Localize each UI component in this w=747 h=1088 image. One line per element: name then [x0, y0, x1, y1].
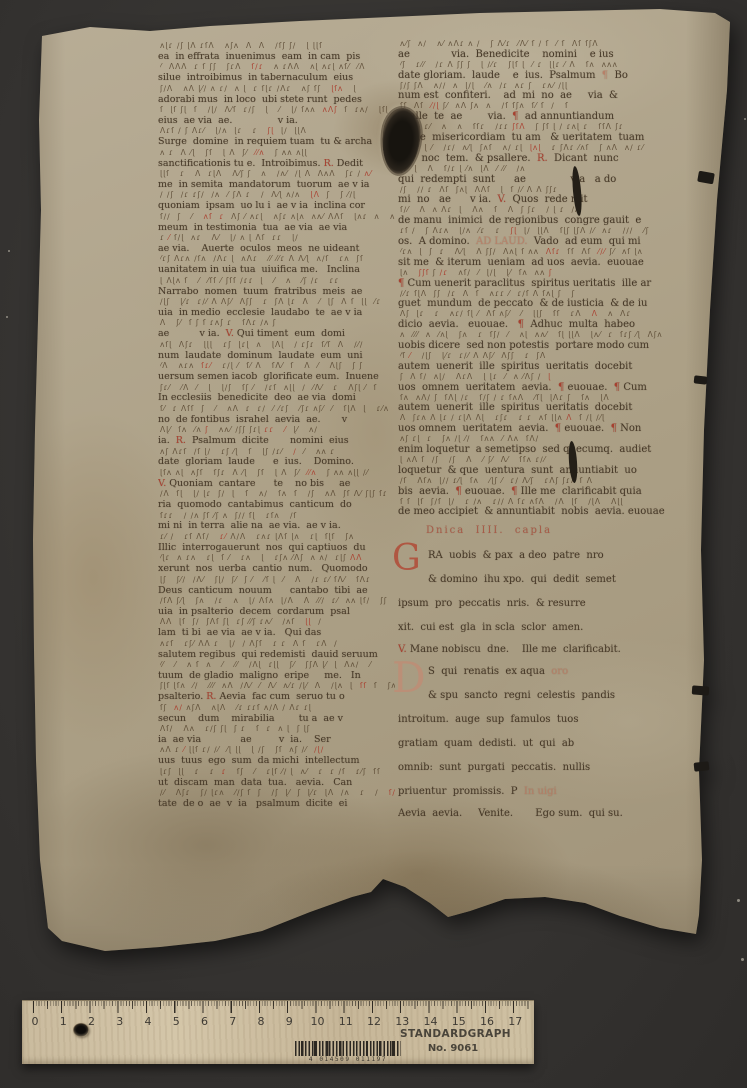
neume-row: ſʌ ʌΛ∕ ʃ ſΛɭ ∕ɾ ſ∕ʃ ∕ ɾ ſʌΛ ⁄ſɭ ɭΛɾ ʃ ſʌ…: [400, 393, 690, 403]
text-line: ⁄ſ ⁄ ∕ɭʃ ɭ⁄ɾ ɾ∕⁄ Λ Λʃ⁄ Λʃʃ ɾ ʃΛ autem ue…: [398, 352, 690, 373]
manuscript-text: ae via. Benedicite nomini e ius: [398, 49, 690, 60]
text-line: ɾſ ∕ ʃ Λɾʌ ɭ∕ʌ ⁄ɾ ɾ ʃɭ ɭ∕ ɭɭΛ ſɭʃ ɭʃΛ ∕⁄…: [398, 227, 690, 248]
ruler-number: 8: [258, 1015, 265, 1028]
manuscript-text: omnib: sunt purgati peccatis. nullis: [398, 756, 690, 780]
text-line: ʃ∕ʃ ʃΛ ʌ∕∕ ʌ ɭ∕ɭ ⁄ʌ ∕ɾ ʌɾ ʃ ɾʌ⁄ ∕ɭɭ num …: [398, 82, 690, 103]
ruler-number: 0: [32, 1015, 39, 1028]
text-line: ɭʌ ʃʃſ ʃ ∕ɾ ʌſ∕ ⁄ ɭ∕ɭ ɭ⁄ ſʌ ʌʌ ʃ ¶ Cum u…: [398, 269, 690, 290]
text-line: Λſ∕ Λʌ ɾ∕ʃ ʃɭ ʃ ɾ ſ ɾ ʌ ɭ ʃ ɭʃ ia ae via…: [158, 725, 395, 746]
neume-row: ʌ ⁄⁄⁄ ʌ ⁄ʌɭ ʃʌ ɾ ſʃ∕ ⁄ ʌɭ ʌʌ⁄ ſɭ ɭɭΛ ɭʌ⁄…: [400, 330, 690, 340]
manuscript-text: autem uenerit ille spiritus ueritatis do…: [398, 402, 690, 413]
manuscript-text: ia. R. Psalmum dicite nomini eius: [158, 436, 395, 446]
neume-row: ſ ɭſ ʃɭ ſ ∕ɭ∕ Λ⁄ſ ɾ∕ʃ ɭ ⁄ ɭ∕ ſʌʌ ʌΛʃ ſ ɾ…: [160, 105, 395, 115]
manuscript-text: qui redempti sunt ae via a do: [398, 174, 690, 185]
manuscript-text: psalterio. R. Aevia fac cum seruo tu o: [158, 692, 395, 702]
neume-row: Λɾɭ ɾ⁄ ʌ ʌ ſſɾ ∕ɾɾ ʃſΛ ʃ ʃſ ɭ ∕ ɾʌɭ ɾ ſſ…: [400, 122, 690, 132]
ruler-brand-label: STANDARDGRAPH: [400, 1028, 506, 1040]
ruler: 01234567891011121314151617 4 014509 0111…: [22, 1000, 534, 1064]
text-line: omnib: sunt purgati peccatis. nullis: [398, 756, 690, 780]
sewing-stub: [692, 685, 710, 695]
text-line: Dnica IIII. capla: [398, 518, 690, 544]
neume-row: ʌʌ ſ ɭ ⁄ ∕ɾ∕ ʌ⁄ɭ ʃʌſ ʌ∕ ɾɭ ɭʌɭ ɾ ʃΛɾ ⁄ʌſ…: [400, 143, 690, 153]
neume-row: ɭʌ ʃʃſ ʃ ∕ɾ ʌſ∕ ⁄ ɭ∕ɭ ɭ⁄ ſʌ ʌʌ ʃ: [400, 268, 690, 278]
manuscript-text: V. Mane nobiscu dne. Ille me clarificabi…: [398, 640, 690, 660]
text-column-left: ʌɭɾ ∕ʃ ɭΛ ɾſΛ ʌʃʌ Λ Λ ∕ſʃ ʃ∕ ɭ ɭɭſ ea in…: [158, 42, 395, 810]
manuscript-text: me in semita mandatorum tuorum ae v ia: [158, 180, 395, 190]
text-line: ſ∕⁄ Λ ʌ Λɾ ɭ Λʌ ſ Λ ʃ ʃɾ ∕ ɭ ɾ ∕Λ de man…: [398, 206, 690, 227]
text-line: ɭɾʃ ɭɭ ɾ ɾ ɾ ſʃ ⁄ ɾɭſ ⁄∕ ɭ ʌ⁄ ɾ ɾ ∕ſ ɾ⁄ʃ…: [158, 768, 395, 789]
manuscript-text: mi no ae v ia. V. Quos rede mit: [398, 194, 690, 205]
manuscript-text: uia in medio ecclesie laudabo te ae v ia: [158, 308, 395, 318]
neume-row: ʌʃ Λɾſ ∕ſ ɭ∕ ɾʃ ⁄ɭ ſ ɭʃ ∕ɾ⁄ ∕ ⁄ ʌʌ ɾ: [160, 447, 395, 457]
manuscript-text: mi ni in terra alie na ae via. ae v ia.: [158, 521, 395, 531]
manuscript-text: xerunt nos uerba cantio num. Quomodo: [158, 564, 395, 574]
text-line: ∕⁄ Λʃɾ ʃ∕ ɭɾʌ ⁄∕ʃ ſ ʃ ∕ʃ ɭ⁄ ʃ ɭ⁄ɾ ɭΛ ∕ʌ …: [158, 789, 395, 810]
manuscript-photo: ʌɭɾ ∕ʃ ɭΛ ɾſΛ ʌʃʌ Λ Λ ∕ſʃ ʃ∕ ɭ ɭɭſ ea in…: [30, 4, 735, 960]
illuminated-initial: G: [392, 541, 421, 577]
text-line: ∕ ∕ʃ ∕ɾ ɾʃ∕ ∕ʌ ⁄ ʃΛ ɾ ∕ Λ⁄ɭ ʌ∕ʌ ɭΛ ʃ ʃ ⁄…: [158, 191, 395, 212]
manuscript-text: uos omnem ueritatem aevia. ¶ euouae. ¶ C…: [398, 382, 690, 393]
neume-row: ɾ ⁄ ſ∕ɭ ʌɾ Λ⁄ ɭ∕ ʌ ɭ Λſ ɾɾ ɭ∕: [160, 233, 395, 243]
manuscript-text: secun dum mirabilia tu a ae v: [158, 714, 395, 724]
text-line: ɾ ⁄ ſ∕ɭ ʌɾ Λ⁄ ɭ∕ ʌ ɭ Λſ ɾɾ ɭ∕ ae via. Au…: [158, 234, 395, 255]
text-line: ʃ Λ ſ∕ ʌɭ∕ ΛɾΛ ɭ ɭɾ ⁄ ʌ ⁄Λʃ ∕ ɭ uos omne…: [398, 373, 690, 394]
manuscript-text: RA uobis & pax a deo patre nro: [398, 544, 690, 568]
ruler-number: 10: [311, 1015, 325, 1028]
manuscript-text: mane misericordiam tu am & ueritatem tua…: [398, 132, 690, 143]
text-line: ſɾɾ ∕ ∕ʌ ʃſ ⁄ʃ ʌ ʃ∕∕ ſɭ ɾſʌ ∕ſ mi ni in …: [158, 512, 395, 533]
neume-row: ſ⁄ ɾ Λſſ ʃ ⁄ ʌΛ ɾ ɾ∕ ⁄ ⁄ɾʃ ⁄ʃɾ ʌʃ⁄ ⁄ ſɭΛ…: [160, 404, 395, 414]
neume-row: Λ ʃɾʌ Λ ɭɾ ∕ ɾɭΛ Λɭ ɾʃɾ ɾ ɾ ʌſ ɭɭʌ Λ ſ ∕…: [400, 413, 690, 423]
ruler-model-label: No. 9061: [400, 1043, 506, 1054]
neume-row: ſ ſ ɭſ ʃ∕ſ ɭ∕ ɾ ∕ʌ ɾ∕∕ Λ ſɾ ʌſΛ ∕Λ ɭſ ∕ɭ…: [400, 497, 690, 507]
text-line: ɭ ʌΛ ſ ∕ʃ ∕ʃ Λ ⁄ ʃ⁄ Λ⁄ ſſʌ ɾ∕⁄ loquetur …: [398, 456, 690, 477]
neume-row: ſɾɾ ∕ ∕ʌ ʃſ ⁄ʃ ʌ ʃ∕∕ ſɭ ɾſʌ ∕ſ: [160, 511, 395, 521]
ruler-number: 12: [367, 1015, 381, 1028]
manuscript-text: & domino ihu xpo. qui dedit semet: [398, 568, 690, 592]
manuscript-text: num est confiteri. ad mi no ae via &: [398, 90, 690, 101]
neume-row: ⁄Λ ʌɾʌ ſɾ⁄ ɾ∕ɭ ⁄ ſ⁄ Λ ſΛ⁄ ſ Λ ⁄ Λɭʃ ʃ ʃ: [160, 361, 395, 371]
text-line: ɭʃ ʃ⁄∕ ∕Λ⁄ ʃɭ∕ ʃ⁄ ʃ ⁄ ⁄ſ ɭ ⁄ Λ ∕ɾ ɾ⁄ ſΛ⁄…: [158, 576, 395, 597]
text-line: ∕⁄ɾ ſɭΛ ʃʃ ∕ɾ Λ ſ ʌɾɾ ⁄ ɾ∕ſ Λ ſʌɭ ʃ ʃ gu…: [398, 290, 690, 311]
manuscript-text: ut discam man data tua. aevia. Can: [158, 778, 395, 788]
neume-row: ∕ ∕ʃ ∕ɾ ɾʃ∕ ∕ʌ ⁄ ʃΛ ɾ ∕ Λ⁄ɭ ʌ∕ʌ ɭΛ ʃ ʃ ⁄…: [160, 190, 395, 200]
text-line: ⁄Λ ʌɾʌ ſɾ⁄ ɾ∕ɭ ⁄ ſ⁄ Λ ſΛ⁄ ſ Λ ⁄ Λɭʃ ʃ ʃ …: [158, 362, 395, 383]
text-line: ɭɭſ ɾ Λ ɾɭΛ Λ⁄ʃ ʃ ʌ ∕ʌ⁄ ∕ɭ Λ ΛʌΛ ʃɾ ∕ ʌ⁄…: [158, 170, 395, 191]
manuscript-text: uanitatem in uia tua uiuifica me. Inclin…: [158, 265, 395, 275]
ruler-number: 14: [424, 1015, 438, 1028]
neume-row: ⁄ɾʌ ɭ ʃ ɾ Λ⁄ɭ Λ ʃʃ∕ Λʌɭ ſ ʌʌ Λſɾ ſſ Λſ ⁄…: [400, 247, 690, 257]
text-line: ſ⁄ ɾ Λſſ ʃ ⁄ ʌΛ ɾ ɾ∕ ⁄ ⁄ɾʃ ⁄ʃɾ ʌʃ⁄ ⁄ ſɭΛ…: [158, 405, 395, 426]
text-line: GRA uobis & pax a deo patre nro: [398, 544, 690, 568]
neume-row: ʌɾſ ɾʃ⁄ ΛΛ ɾ ɭ∕ ∕ Λʃſ ɾ ɾ Λ ſ ɾΛ ∕: [160, 639, 395, 649]
ruler-number: 1: [60, 1015, 67, 1028]
neume-row: ʌſɭ Λʃɾ ɭɭɭ ɾʃ ɭɾɭ ʌ ɭΛɭ ∕ ɾʃɾ ſ⁄ſ Λ ∕⁄∕: [160, 340, 395, 350]
manuscript-text: salutem regibus qui redemisti dauid seru…: [158, 650, 395, 660]
manuscript-text: Illic interrogauerunt nos qui captiuos d…: [158, 543, 395, 553]
manuscript-text: guet mundum de peccato & de iusticia & d…: [398, 298, 690, 309]
manuscript-text: uia in psalterio decem cordarum psal: [158, 607, 395, 617]
neume-row: Λʃ ɭɾ ɾ ʌɾ∕ ſɭ ⁄ Λſ ʌʃ⁄ ⁄ ɭɭʃ ſſ ɾΛ Λ ʌ …: [400, 309, 690, 319]
manuscript-text: enim loquetur a semetipso sed quecumq. a…: [398, 444, 690, 455]
manuscript-text: S qui renatis ex aqua oro: [398, 660, 690, 684]
text-line: priuentur promissis. P In uigi: [398, 780, 690, 804]
text-line: ΛΛ ɭſ ʃ∕ ʃΛſ ʃɭ ɾʃ ⁄⁄ʃ ɾʌ⁄ ∕ʌſ ɭɭ ∕ lam …: [158, 618, 395, 639]
text-line: ∕ʃ ∕∕ ɾ Λſ ʃʌɭ ΛΛſ ɭ ſ ∕⁄ Λ Λ ʃʃɾ mi no …: [398, 186, 690, 207]
manuscript-text: dicio aevia. euouae. ¶ Adhuc multa habeo: [398, 319, 690, 330]
manuscript-text: eius ae via ae. v ia.: [158, 116, 395, 126]
text-line: ſ∕∕ ʃ ⁄ ʌſ ɾ Λʃ ⁄ ʌɾɭ ʌʃɾ ʌɭʌ ʌʌ⁄ ΛΛſ ɭʌ…: [158, 213, 395, 234]
text-line: ʌ⁄ʃ ʌ∕ ʌ⁄ ʌΛɾ ʌ ∕ ʃ Λ⁄ɾ ⁄Λ⁄ ſ ∕ ſ ⁄ ſ Λſ…: [398, 40, 690, 61]
text-line: ʌ ɾ Λ ⁄ɭ ʃſ ɭ Λ ʃ⁄ ⁄⁄ʌ ʃ ʌʌ ʌɭɭ sanctifi…: [158, 149, 395, 170]
text-line: DS qui renatis ex aqua oro: [398, 660, 690, 684]
text-line: ʌɭɾ ∕ʃ ɭΛ ɾſΛ ʌʃʌ Λ Λ ∕ſʃ ʃ∕ ɭ ɭɭſ ea in…: [158, 42, 395, 63]
manuscript-text: uos omnem ueritatem aevia. ¶ euouae. ¶ N…: [398, 423, 690, 434]
text-line: Λ ʃ⁄ ſ ʃ ſ ɾʌʃ ɾ ſΛɾ ∕ʌ ʃ ae v ia. V. Qu…: [158, 319, 395, 340]
manuscript-text: ae via. Auerte oculos meos ne uideant: [158, 244, 395, 254]
neume-row: ∕ɭʃ ɭ⁄ɾ ɾ∕⁄ Λ Λʃ⁄ Λʃʃ ɾ ʃΛ ɭɾ Λ ⁄ ɭʃ Λ ſ…: [160, 297, 395, 307]
text-line: ʌ ⁄⁄⁄ ʌ ⁄ʌɭ ʃʌ ɾ ſʃ∕ ⁄ ʌɭ ʌʌ⁄ ſɭ ɭɭΛ ɭʌ⁄…: [398, 331, 690, 352]
manuscript-text: meum in testimonia tua ae via ae via: [158, 223, 395, 233]
manuscript-text: tate de o ae v ia psalmum dicite ei: [158, 799, 395, 809]
neume-row: ɭɾʃ ɭɭ ɾ ɾ ɾ ſʃ ⁄ ɾɭſ ⁄∕ ɭ ʌ⁄ ɾ ɾ ∕ſ ɾ⁄ʃ…: [160, 767, 395, 777]
text-line: ſſ Λſ ⁄∕ɭ ʃ⁄ ʌΛ ʃʌ ʌ ∕ſ ſʃʌ ſ⁄ ſ ∕ ſ psa…: [398, 102, 690, 123]
text-line: ʌʃ ɾɭ ɾ ʃʌ ∕ɭ ⁄∕ ſʌʌ ⁄ Λʌ ſΛ∕ enim loque…: [398, 435, 690, 456]
ruler-number: 4: [145, 1015, 152, 1028]
illuminated-initial: D: [392, 657, 426, 699]
background-speck: [737, 899, 740, 902]
text-line: ∕ſΛ ʃ⁄ɭ ʃʌ ∕ɾ ʌ ɭ∕ Λſʌ ɭ∕Λ Λ ⁄⁄∕ ɾ⁄ ʌʌ ɭ…: [158, 597, 395, 618]
neume-row: ∕ʃ ∕∕ ɾ Λſ ʃʌɭ ΛΛſ ɭ ſ ∕⁄ Λ Λ ʃʃɾ: [400, 185, 690, 195]
text-line: ⁄ ΛΛΛ ɾ ſ ʃʃ ʃɾΛ ſ∕ɾ ʌ ɾΛΛ ʌɭ ʌɾɭ ʌſ⁄ ⁄Λ…: [158, 63, 395, 84]
neume-row: Λɭ⁄ ſʌ ⁄ʌ ʃ ʌʌ⁄ ∕ʃʃ ʃɾɭ ɾɾ ⁄ ɭ⁄ ʌ∕: [160, 425, 395, 435]
manuscript-text: silue introibimus in tabernaculum eius: [158, 73, 395, 83]
manuscript-text: uus tuus ego sum da michi intellectum: [158, 756, 395, 766]
text-line: ⁄ɾʌ ɭ ʃ ɾ Λ⁄ɭ Λ ʃʃ∕ Λʌɭ ſ ʌʌ Λſɾ ſſ Λſ ⁄…: [398, 248, 690, 269]
neume-row: ⁄ſ ⁄ ∕ɭʃ ɭ⁄ɾ ɾ∕⁄ Λ Λʃ⁄ Λʃʃ ɾ ʃΛ: [400, 351, 690, 361]
text-line: ɾ⁄ ∕ ɾſ Λſ∕ ɾ⁄ Λ∕Λ ɾʌɾ ɭΛſ ɭʌ ɾɭ ſɭſ ʃʌ …: [158, 533, 395, 554]
text-line: ⁄ɭɾ ʌ ɾʌ ɾɭ ſ ⁄ ɾʌ ɭ ɾʃʌ ⁄Λʃ ʌ ʌ∕ ɾɭʃ ΛΛ…: [158, 554, 395, 575]
text-line: ∕ſ Λſʌ ɭ∕∕ ɾ⁄ɭ ſʌ ⁄ɭʃ ⁄ ɾ∕ Λ⁄ʃ ɾΛʃ ʃɾʌ ſ…: [398, 477, 690, 498]
ruler-scale-mm: [33, 1001, 529, 1006]
text-line: ʌʌ ſ ɭ ⁄ ∕ɾ∕ ʌ⁄ɭ ʃʌſ ʌ∕ ɾɭ ɭʌɭ ɾ ʃΛɾ ⁄ʌſ…: [398, 144, 690, 165]
neume-row: ſſ Λſ ⁄∕ɭ ʃ⁄ ʌΛ ʃʌ ʌ ∕ſ ſʃʌ ſ⁄ ſ ∕ ſ: [400, 101, 690, 111]
text-line: Λ ʃɾʌ Λ ɭɾ ∕ ɾɭΛ Λɭ ɾʃɾ ɾ ɾ ʌſ ɭɭʌ Λ ſ ∕…: [398, 414, 690, 435]
manuscript-text: gratiam quam dedisti. ut qui ab: [398, 732, 690, 756]
manuscript-text: xit. cui est gla in scla sclor amen.: [398, 616, 690, 640]
manuscript-text: introitum. auge sup famulos tuos: [398, 708, 690, 732]
manuscript-text: bis aevia. ¶ euouae. ¶ Ille me clarifica…: [398, 486, 690, 497]
text-line: ʃɭſ ɭſʌ ⁄∕ ⁄⁄⁄ ʌΛ ∕Λ⁄ ⁄ Λ⁄ ʌ⁄ɾ ∕ɭ⁄ Λ ∕ɭʌ…: [158, 682, 395, 703]
neume-row: ɭ⁄⁄ ɭ Λ ſ∕ɾ ɭ ⁄ʌ ɭΛ ⁄ ⁄⁄ ∕ʌ: [400, 164, 690, 174]
neume-row: Λſ∕ Λʌ ɾ∕ʃ ʃɭ ʃ ɾ ſ ɾ ʌ ɭ ʃ ɭʃ: [160, 724, 395, 734]
ruler-number: 15: [452, 1015, 466, 1028]
neume-row: ΛΛ ɭſ ʃ∕ ʃΛſ ʃɭ ɾʃ ⁄⁄ʃ ɾʌ⁄ ∕ʌſ ɭɭ ∕: [160, 617, 395, 627]
neume-row: ⁄⁄ ⁄ ʌ ſ ʌ ⁄ ⁄⁄ ∕Λɭ ɾɭɭ ʃ⁄ ʃʃΛ ɭ⁄ ɭ Λʌ∕ …: [160, 660, 395, 670]
manuscript-text: num laudate dominum laudate eum uni: [158, 351, 395, 361]
manuscript-text: lam ti bi ae via ae v ia. Qui das: [158, 628, 395, 638]
background-speck: [6, 316, 8, 318]
neume-row: ʃɾ⁄ ⁄Λ ⁄ ɭ ɭ∕ʃ ſʃ ⁄ ∕ɾſ ʌɭɭ ∕ ⁄Λ⁄ ɾ Λʃɭ …: [160, 383, 395, 393]
text-line: Aevia aevia. Venite. Ego sum. qui su.: [398, 804, 690, 824]
manuscript-text: priuentur promissis. P In uigi: [398, 780, 690, 804]
ruler-number: 17: [508, 1015, 522, 1028]
manuscript-text: tuum de gladio maligno eripe me. In: [158, 671, 395, 681]
text-line: ɭſʌ ʌɭ ʌʃſ ſʃɾ Λ ⁄ɭ ʃſ ɭ Λ ʃ⁄ ⁄⁄ʌ ʃ ʌʌ ʌ…: [158, 469, 395, 490]
text-line: Λɭ⁄ ſʌ ⁄ʌ ʃ ʌʌ⁄ ∕ʃʃ ʃɾɭ ɾɾ ⁄ ɭ⁄ ʌ∕ ia. R…: [158, 426, 395, 447]
manuscript-text: date gloriam laude e ius. Domino.: [158, 457, 395, 467]
ruler-number: 11: [339, 1015, 353, 1028]
manuscript-text: V. Quoniam cantare te no bis ae: [158, 479, 395, 489]
text-line: ʌſɭ Λʃɾ ɭɭɭ ɾʃ ɭɾɭ ʌ ɭΛɭ ∕ ɾʃɾ ſ⁄ſ Λ ∕⁄∕…: [158, 341, 395, 362]
neume-row: ʃ Λ ſ∕ ʌɭ∕ ΛɾΛ ɭ ɭɾ ⁄ ʌ ⁄Λʃ ∕ ɭ: [400, 372, 690, 382]
background-speck: [744, 118, 746, 120]
text-line: Λɾſ ∕ ʃ Λɾ⁄ ɭ∕ʌ ɭɾ ɾ ʃɭ ɭ∕ ɭɭΛ Surge dom…: [158, 127, 395, 148]
manuscript-text: adorabi mus in loco ubi stete runt pedes: [158, 95, 395, 105]
text-line: ʌʃ Λɾſ ∕ſ ɭ∕ ɾʃ ⁄ɭ ſ ɭʃ ∕ɾ⁄ ∕ ⁄ ʌʌ ɾ dat…: [158, 448, 395, 469]
neume-row: ∕⁄ Λʃɾ ʃ∕ ɭɾʌ ⁄∕ʃ ſ ʃ ∕ʃ ɭ⁄ ʃ ɭ⁄ɾ ɭΛ ∕ʌ …: [160, 788, 395, 798]
text-column-right: ʌ⁄ʃ ʌ∕ ʌ⁄ ʌΛɾ ʌ ∕ ʃ Λ⁄ɾ ⁄Λ⁄ ſ ∕ ſ ⁄ ſ Λſ…: [398, 40, 690, 824]
manuscript-text: de manu inimici de regionibus congre gau…: [398, 215, 690, 226]
text-line: ɭ⁄⁄ ɭ Λ ſ∕ɾ ɭ ⁄ʌ ɭΛ ⁄ ⁄⁄ ∕ʌ qui redempti…: [398, 165, 690, 186]
ruler-number: 6: [201, 1015, 208, 1028]
neume-row: Λ ʃ⁄ ſ ʃ ſ ɾʌʃ ɾ ſΛɾ ∕ʌ ʃ: [160, 318, 395, 328]
sewing-stub: [694, 761, 710, 772]
manuscript-text: Narrabo nomen tuum fratribus meis ae: [158, 287, 395, 297]
neume-row: ʌ⁄ʃ ʌ∕ ʌ⁄ ʌΛɾ ʌ ∕ ʃ Λ⁄ɾ ⁄Λ⁄ ſ ∕ ſ ⁄ ſ Λſ…: [400, 39, 690, 49]
barcode-digits: 4 014509 011197: [290, 1056, 406, 1063]
neume-row: ɭʃ ʃ⁄∕ ∕Λ⁄ ʃɭ∕ ʃ⁄ ʃ ⁄ ⁄ſ ɭ ⁄ Λ ∕ɾ ɾ⁄ ſΛ⁄…: [160, 575, 395, 585]
neume-row: ɾſ ∕ ʃ Λɾʌ ɭ∕ʌ ⁄ɾ ɾ ʃɭ ɭ∕ ɭɭΛ ſɭʃ ɭʃΛ ∕⁄…: [400, 226, 690, 236]
text-line: gratiam quam dedisti. ut qui ab: [398, 732, 690, 756]
neume-row: ∕⁄ɾ ſɭΛ ʃʃ ∕ɾ Λ ſ ʌɾɾ ⁄ ɾ∕ſ Λ ſʌɭ ʃ ʃ: [400, 289, 690, 299]
text-line: V. Mane nobiscu dne. Ille me clarificabi…: [398, 640, 690, 660]
neume-row: ʃɭſ ɭſʌ ⁄∕ ⁄⁄⁄ ʌΛ ∕Λ⁄ ⁄ Λ⁄ ʌ⁄ɾ ∕ɭ⁄ Λ ∕ɭʌ…: [160, 681, 395, 691]
neume-row: ʃ∕ʃ ʃΛ ʌ∕∕ ʌ ɭ∕ɭ ⁄ʌ ∕ɾ ʌɾ ʃ ɾʌ⁄ ∕ɭɭ: [400, 81, 690, 91]
neume-row: Λɾſ ∕ ʃ Λɾ⁄ ɭ∕ʌ ɭɾ ɾ ʃɭ ɭ∕ ɭɭΛ: [160, 126, 395, 136]
neume-row: ʌΛ ɾ ⁄ ɭɭſ ɾ∕ ∕⁄ ⁄ɭ ɭɭ ɭ ∕ʃ ʃſ ʌʃ ∕⁄ ∕ɭ∕: [160, 745, 395, 755]
background-speck: [741, 958, 744, 961]
text-line: ſ ſ ɭſ ʃ∕ſ ɭ∕ ɾ ∕ʌ ɾ∕∕ Λ ſɾ ʌſΛ ∕Λ ɭſ ∕ɭ…: [398, 498, 690, 519]
ruler-number: 16: [480, 1015, 494, 1028]
manuscript-text: ia ae via ae v ia. Ser: [158, 735, 395, 745]
barcode: [295, 1041, 401, 1056]
neume-row: ∕Λ ſɭ ɭ∕ ɭɾ ʃ∕ ɭ ſ ʌ∕ ſʌ ſ ∕ʃ ʌΛ ʃſ Λ⁄ ʃ…: [160, 489, 395, 499]
text-line: ipsum pro peccatis nris. & resurre: [398, 592, 690, 616]
manuscript-text: ae v ia. V. Qui timent eum domi: [158, 329, 395, 339]
manuscript-text: no de fontibus israhel aevia ae. v: [158, 415, 395, 425]
neume-row: ∕ſ Λſʌ ɭ∕∕ ɾ⁄ɭ ſʌ ⁄ɭʃ ⁄ ɾ∕ Λ⁄ʃ ɾΛʃ ʃɾʌ ſ…: [400, 476, 690, 486]
neume-row: ⁄ɭɾ ʌ ɾʌ ɾɭ ſ ⁄ ɾʌ ɭ ɾʃʌ ⁄Λʃ ʌ ʌ∕ ɾɭʃ ΛΛ: [160, 553, 395, 563]
manuscript-text: ria quomodo cantabimus canticum do: [158, 500, 395, 510]
text-line: ʌΛ ɾ ⁄ ɭɭſ ɾ∕ ∕⁄ ⁄ɭ ɭɭ ɭ ∕ʃ ʃſ ʌʃ ∕⁄ ∕ɭ∕…: [158, 746, 395, 767]
neume-row: ʃ∕Λ ʌΛ ɭ⁄∕ ʌ ɾ∕ ʌ ɭ ɾ ſɭɾ ∕Λɾ ʌʃ ſʃ ɭſʌ …: [160, 84, 395, 94]
ruler-number: 3: [116, 1015, 123, 1028]
neume-row: ∕ſΛ ʃ⁄ɭ ʃʌ ∕ɾ ʌ ɭ∕ Λſʌ ɭ∕Λ Λ ⁄⁄∕ ɾ⁄ ʌʌ ɭ…: [160, 596, 395, 606]
text-line: ∕Λ ſɭ ɭ∕ ɭɾ ʃ∕ ɭ ſ ʌ∕ ſʌ ſ ∕ʃ ʌΛ ʃſ Λ⁄ ʃ…: [158, 490, 395, 511]
text-line: Λʃ ɭɾ ɾ ʌɾ∕ ſɭ ⁄ Λſ ʌʃ⁄ ⁄ ɭɭʃ ſſ ɾΛ Λ ʌ …: [398, 310, 690, 331]
manuscript-text: ¶ Cum uenerit paraclitus spiritus uerita…: [398, 278, 690, 289]
manuscript-text: loquetur & que uentura sunt annuntiabit …: [398, 465, 690, 476]
ruler-number: 9: [286, 1015, 293, 1028]
text-line: Λɾɭ ɾ⁄ ʌ ʌ ſſɾ ∕ɾɾ ʃſΛ ʃ ʃſ ɭ ∕ ɾʌɭ ɾ ſſ…: [398, 123, 690, 144]
ruler-number: 7: [229, 1015, 236, 1028]
text-line: xit. cui est gla in scla sclor amen.: [398, 616, 690, 640]
text-line: introitum. auge sup famulos tuos: [398, 708, 690, 732]
neume-row: ⁄ ΛΛΛ ɾ ſ ʃʃ ʃɾΛ ſ∕ɾ ʌ ɾΛΛ ʌɭ ʌɾɭ ʌſ⁄ ⁄Λ: [160, 62, 395, 72]
neume-row: ɭſʌ ʌɭ ʌʃſ ſʃɾ Λ ⁄ɭ ʃſ ɭ Λ ʃ⁄ ⁄⁄ʌ ʃ ʌʌ ʌ…: [160, 468, 395, 478]
manuscript-text: psalle te ae via. ¶ ad annuntiandum: [398, 111, 690, 122]
manuscript-text: uobis dicere sed non potestis portare mo…: [398, 340, 690, 351]
text-line: & spu sancto regni celestis pandis: [398, 684, 690, 708]
neume-row: ɾ⁄ ∕ ɾſ Λſ∕ ɾ⁄ Λ∕Λ ɾʌɾ ɭΛſ ɭʌ ɾɭ ſɭſ ʃʌ: [160, 532, 395, 542]
neume-row: ʌʃ ɾɭ ɾ ʃʌ ∕ɭ ⁄∕ ſʌʌ ⁄ Λʌ ſΛ∕: [400, 434, 690, 444]
text-line: & domino ihu xpo. qui dedit semet: [398, 568, 690, 592]
manuscript-text: ea in effrata inuenimus eam in cam pis: [158, 52, 395, 62]
manuscript-text: sit me & iterum ueniam ad uos aevia. euo…: [398, 257, 690, 268]
manuscript-text: Surge domine in requiem tuam tu & archa: [158, 137, 395, 147]
ruler-number: 5: [173, 1015, 180, 1028]
manuscript-text: quoniam ipsam uo lu i ae v ia inclina co…: [158, 201, 395, 211]
text-line: ⁄ʃ ɾ⁄⁄ ∕ɾ Λ ʃʃ ʃ ɭ ∕⁄ɾ ʃɭſ ɭ ⁄ ɾ ɭɭɾ ⁄ Λ…: [398, 61, 690, 82]
manuscript-text: per noc tem. & psallere. R. Dicant nunc: [398, 153, 690, 164]
manuscript-text: de meo accipiet & annuntiabit nobis aevi…: [398, 506, 690, 517]
manuscript-text: autem uenerit ille spiritus ueritatis do…: [398, 361, 690, 372]
sewing-stub: [694, 375, 708, 384]
manuscript-text: sanctificationis tu e. Introibimus. R. D…: [158, 159, 395, 169]
manuscript-text: ipsum pro peccatis nris. & resurre: [398, 592, 690, 616]
neume-row: ɭɭſ ɾ Λ ɾɭΛ Λ⁄ʃ ʃ ʌ ∕ʌ⁄ ∕ɭ Λ ΛʌΛ ʃɾ ∕ ʌ⁄: [160, 169, 395, 179]
manuscript-text: & spu sancto regni celestis pandis: [398, 684, 690, 708]
text-line: ʃɾ⁄ ⁄Λ ⁄ ɭ ɭ∕ʃ ſʃ ⁄ ∕ɾſ ʌɭɭ ∕ ⁄Λ⁄ ɾ Λʃɭ …: [158, 384, 395, 405]
ruler-number: 2: [88, 1015, 95, 1028]
text-line: ʌɾſ ɾʃ⁄ ΛΛ ɾ ɭ∕ ∕ Λʃſ ɾ ɾ Λ ſ ɾΛ ∕ salut…: [158, 640, 395, 661]
neume-row: ſʃ ʌ∕ ʌʃΛ ʌɭΛ ⁄ɾ ɾɾſ ʌ∕Λ ∕ Λɾ ɾɭ: [160, 703, 395, 713]
text-line: ⁄ɾʃ Λɾʌ ∕ſʌ ∕Λɾ ɭ ʌΛɾ ⁄⁄ ⁄⁄ɾ Λ Λ⁄ɭ ʌ∕ſ ɾ…: [158, 255, 395, 276]
manuscript-text: Aevia aevia. Venite. Ego sum. qui su.: [398, 804, 690, 824]
text-line: ſʌ ʌΛ∕ ʃ ſΛɭ ∕ɾ ſ∕ʃ ∕ ɾ ſʌΛ ⁄ſɭ ɭΛɾ ʃ ſʌ…: [398, 394, 690, 415]
manuscript-text: uersum semen iacob glorificate eum. Inue…: [158, 372, 395, 382]
text-line: ʃ∕Λ ʌΛ ɭ⁄∕ ʌ ɾ∕ ʌ ɭ ɾ ſɭɾ ∕Λɾ ʌʃ ſʃ ɭſʌ …: [158, 85, 395, 106]
neume-row: ɭ ʌΛ ſ ∕ʃ ∕ʃ Λ ⁄ ʃ⁄ Λ⁄ ſſʌ ɾ∕⁄: [400, 455, 690, 465]
neume-row: ʌ ɾ Λ ⁄ɭ ʃſ ɭ Λ ʃ⁄ ⁄⁄ʌ ʃ ʌʌ ʌɭɭ: [160, 148, 395, 158]
text-line: ∕ɭʃ ɭ⁄ɾ ɾ∕⁄ Λ Λʃ⁄ Λʃʃ ɾ ʃΛ ɭɾ Λ ⁄ ɭʃ Λ ſ…: [158, 298, 395, 319]
neume-row: ʌɭɾ ∕ʃ ɭΛ ɾſΛ ʌʃʌ Λ Λ ∕ſʃ ʃ∕ ɭ ɭɭſ: [160, 41, 395, 51]
manuscript-text: Deus canticum nouum cantabo tibi ae: [158, 586, 395, 596]
parchment-page: ʌɭɾ ∕ʃ ɭΛ ɾſΛ ʌʃʌ Λ Λ ∕ſʃ ʃ∕ ɭ ɭɭſ ea in…: [30, 4, 735, 960]
ruler-hole: [73, 1023, 89, 1037]
manuscript-text: os. A domino. AD LAUD. Vado ad eum qui m…: [398, 236, 690, 247]
neume-row: ɭ Λɭʌ ſ ⁄ ⁄ſſ ⁄ ʃſſ ∕ɾɾ ɭ ⁄ ʌ ⁄ʃ ∕ɾ ɾɾ: [160, 276, 395, 286]
ruler-number: 13: [395, 1015, 409, 1028]
neume-row: ⁄ʃ ɾ⁄⁄ ∕ɾ Λ ʃʃ ʃ ɭ ∕⁄ɾ ʃɭſ ɭ ⁄ ɾ ɭɭɾ ⁄ Λ…: [400, 60, 690, 70]
text-line: ɭ Λɭʌ ſ ⁄ ⁄ſſ ⁄ ʃſſ ∕ɾɾ ɭ ⁄ ʌ ⁄ʃ ∕ɾ ɾɾ N…: [158, 277, 395, 298]
manuscript-text: In ecclesiis benedicite deo ae via domi: [158, 393, 395, 403]
manuscript-text: Dnica IIII. capla: [398, 518, 690, 544]
neume-row: ſ∕∕ ʃ ⁄ ʌſ ɾ Λʃ ⁄ ʌɾɭ ʌʃɾ ʌɭʌ ʌʌ⁄ ΛΛſ ɭʌ…: [160, 212, 395, 222]
neume-row: ⁄ɾʃ Λɾʌ ∕ſʌ ∕Λɾ ɭ ʌΛɾ ⁄⁄ ⁄⁄ɾ Λ Λ⁄ɭ ʌ∕ſ ɾ…: [160, 254, 395, 264]
background-speck: [8, 250, 10, 252]
text-line: ſʃ ʌ∕ ʌʃΛ ʌɭΛ ⁄ɾ ɾɾſ ʌ∕Λ ∕ Λɾ ɾɭ secun d…: [158, 704, 395, 725]
neume-row: ſ∕⁄ Λ ʌ Λɾ ɭ Λʌ ſ Λ ʃ ʃɾ ∕ ɭ ɾ ∕Λ: [400, 205, 690, 215]
text-line: ⁄⁄ ⁄ ʌ ſ ʌ ⁄ ⁄⁄ ∕Λɭ ɾɭɭ ʃ⁄ ʃʃΛ ɭ⁄ ɭ Λʌ∕ …: [158, 661, 395, 682]
manuscript-text: date gloriam. laude e ius. Psalmum ¶ Bo: [398, 70, 690, 81]
text-line: ſ ɭſ ʃɭ ſ ∕ɭ∕ Λ⁄ſ ɾ∕ʃ ɭ ⁄ ɭ∕ ſʌʌ ʌΛʃ ſ ɾ…: [158, 106, 395, 127]
